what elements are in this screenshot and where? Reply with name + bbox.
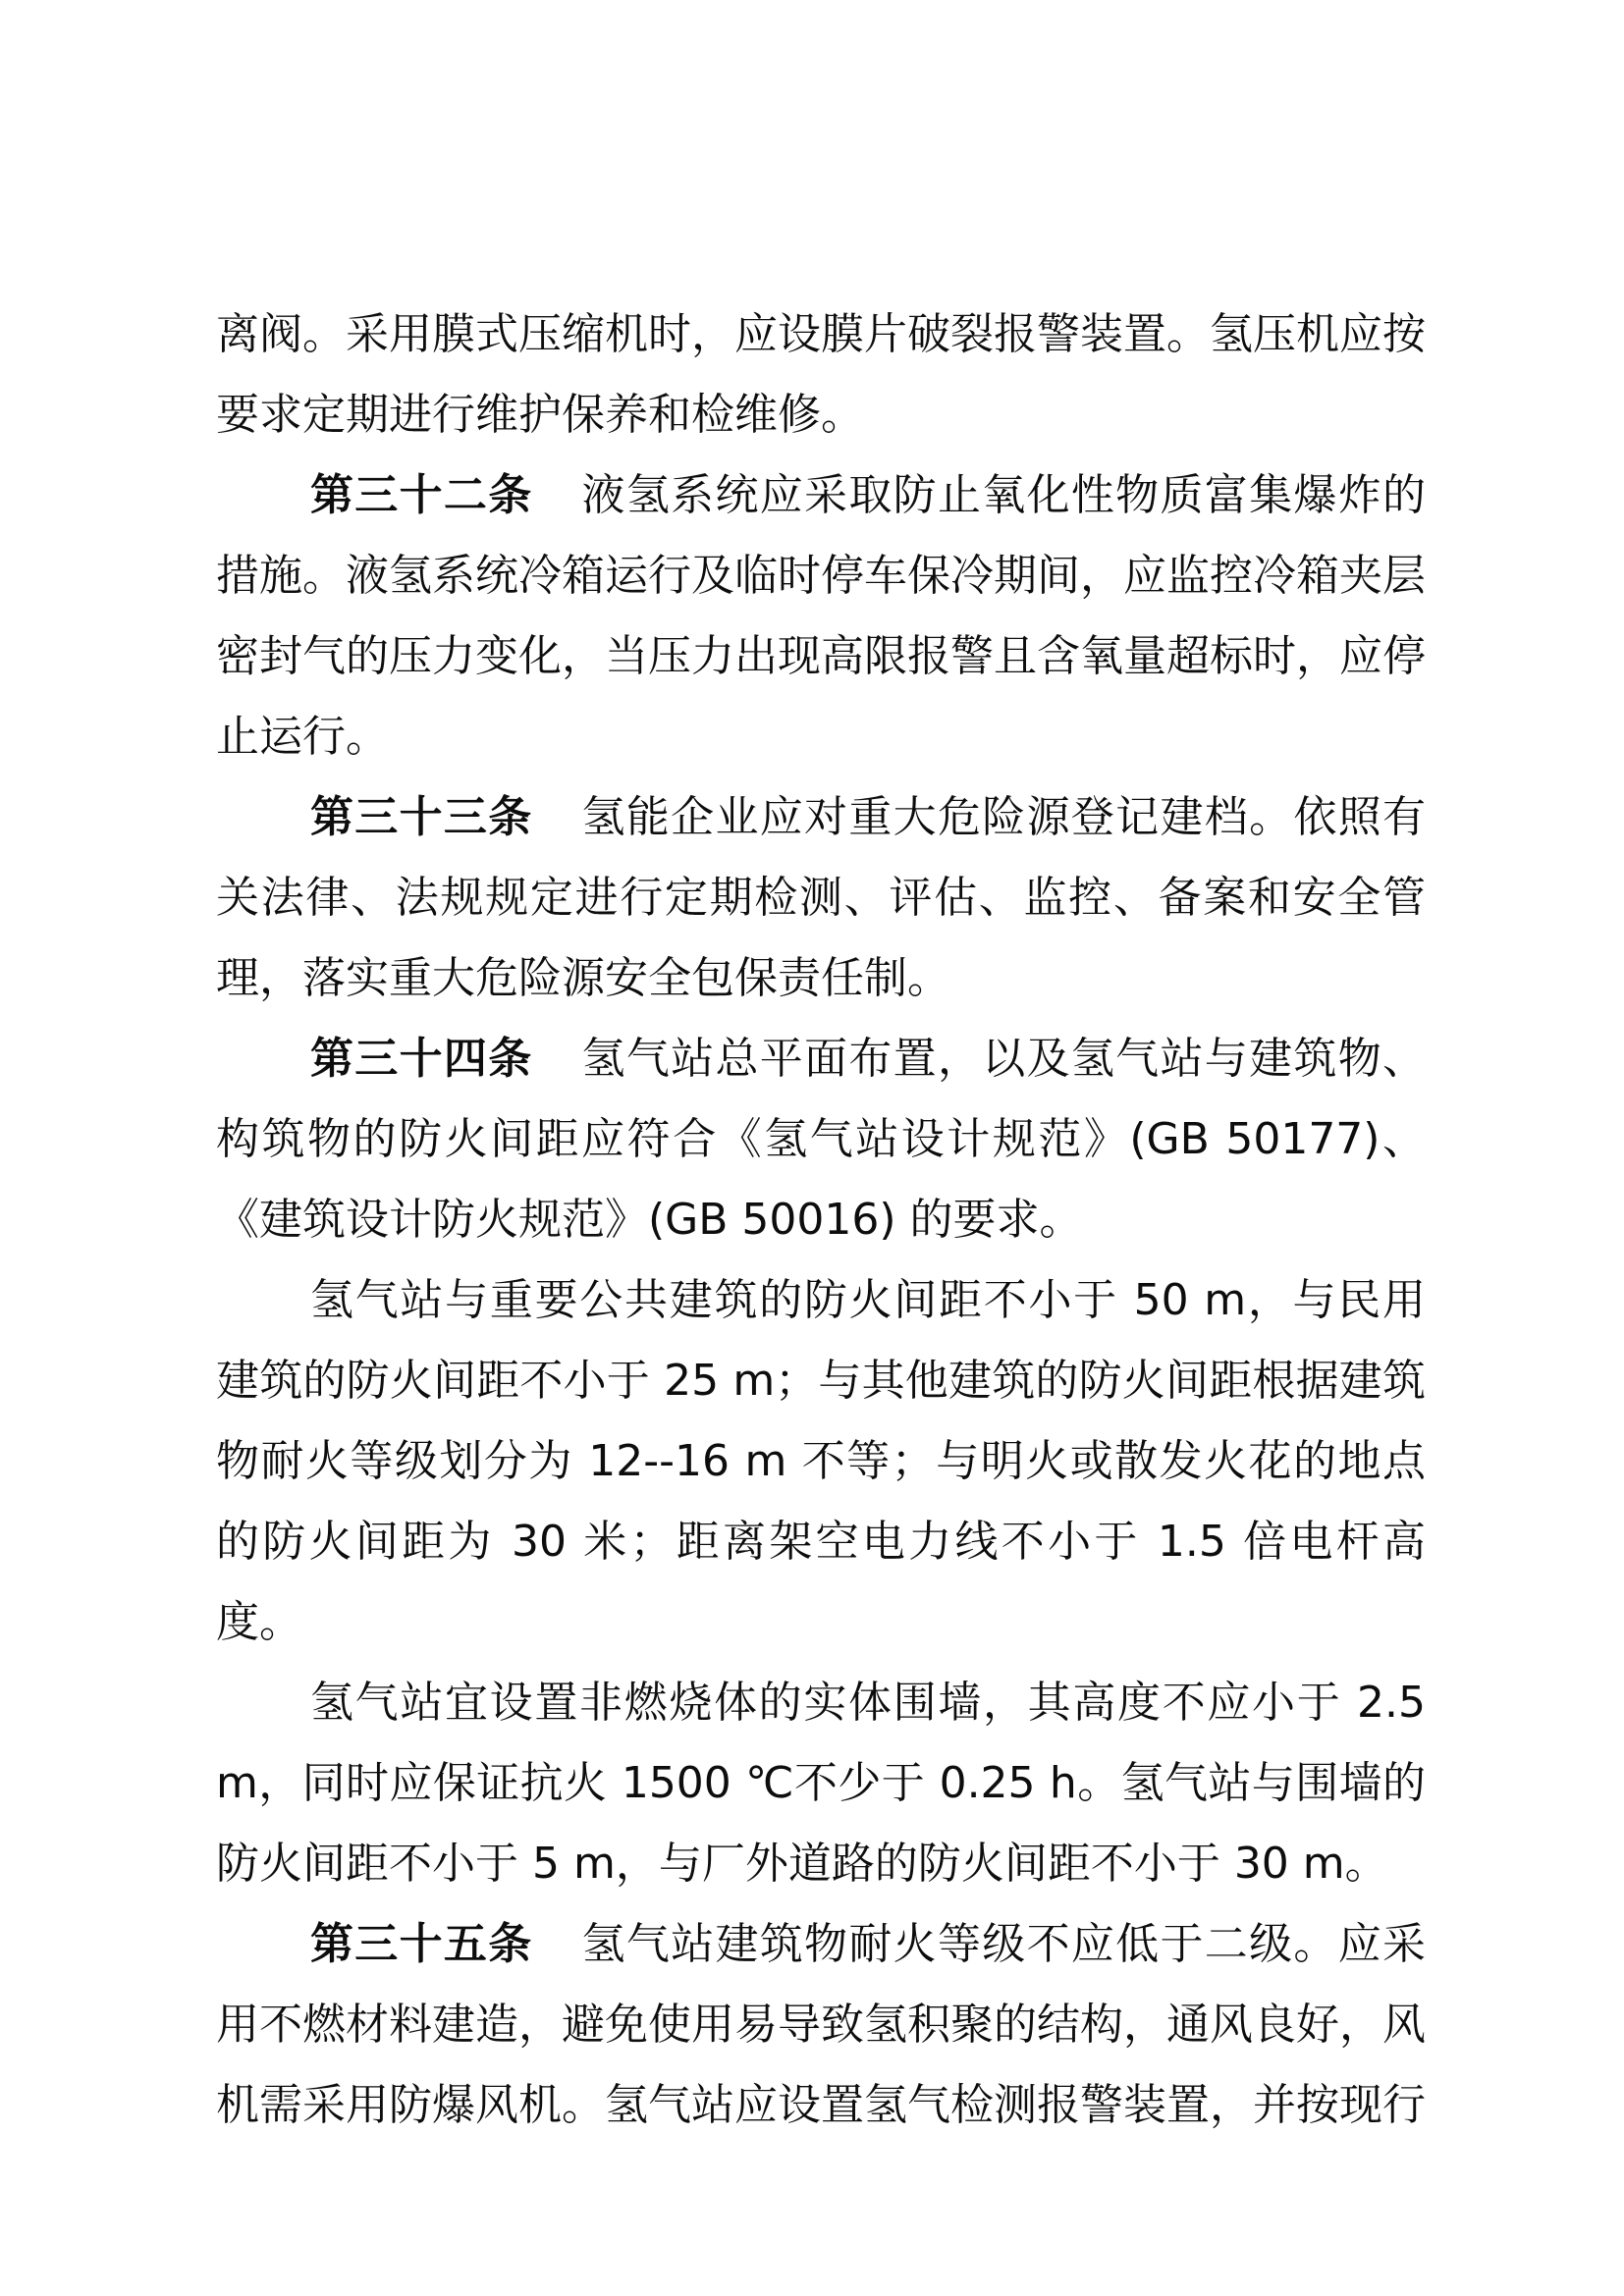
paragraph: 第三十四条氢气站总平面布置，以及氢气站与建筑物、构筑物的防火间距应符合《氢气站设… bbox=[216, 1019, 1426, 1260]
paragraph: 氢气站与重要公共建筑的防火间距不小于 50 m，与民用建筑的防火间距不小于 25… bbox=[216, 1260, 1426, 1663]
article-heading: 第三十三条 bbox=[310, 792, 533, 842]
document-body: 离阀。采用膜式压缩机时，应设膜片破裂报警装置。氢压机应按要求定期进行维护保养和检… bbox=[216, 294, 1426, 2146]
document-page: 离阀。采用膜式压缩机时，应设膜片破裂报警装置。氢压机应按要求定期进行维护保养和检… bbox=[0, 0, 1624, 2296]
article-heading: 第三十五条 bbox=[310, 1919, 533, 1969]
paragraph: 氢气站宜设置非燃烧体的实体围墙，其高度不应小于 2.5 m，同时应保证抗火 15… bbox=[216, 1663, 1426, 1904]
article-heading: 第三十四条 bbox=[310, 1034, 533, 1084]
paragraph: 第三十二条液氢系统应采取防止氧化性物质富集爆炸的措施。液氢系统冷箱运行及临时停车… bbox=[216, 455, 1426, 777]
paragraph: 第三十三条氢能企业应对重大危险源登记建档。依照有关法律、法规规定进行定期检测、评… bbox=[216, 777, 1426, 1019]
paragraph: 第三十五条氢气站建筑物耐火等级不应低于二级。应采用不燃材料建造，避免使用易导致氢… bbox=[216, 1904, 1426, 2146]
article-heading: 第三十二条 bbox=[310, 470, 533, 520]
paragraph-text: 离阀。采用膜式压缩机时，应设膜片破裂报警装置。氢压机应按要求定期进行维护保养和检… bbox=[216, 309, 1426, 440]
paragraph-text: 氢气站宜设置非燃烧体的实体围墙，其高度不应小于 2.5 m，同时应保证抗火 15… bbox=[216, 1678, 1426, 1889]
paragraph-text: 氢气站与重要公共建筑的防火间距不小于 50 m，与民用建筑的防火间距不小于 25… bbox=[216, 1275, 1426, 1647]
paragraph: 离阀。采用膜式压缩机时，应设膜片破裂报警装置。氢压机应按要求定期进行维护保养和检… bbox=[216, 294, 1426, 455]
